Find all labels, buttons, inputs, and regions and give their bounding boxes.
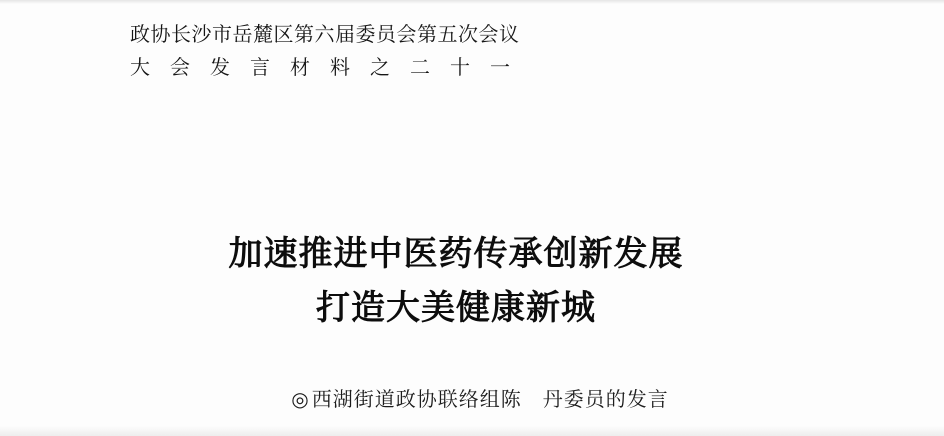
meeting-header: 政协长沙市岳麓区第六届委员会第五次会议 大会发言材料之二十一	[130, 22, 520, 81]
material-number: 大会发言材料之二十一	[130, 55, 520, 81]
title-line-1: 加速推进中医药传承创新发展	[0, 228, 912, 282]
byline: ◎西湖街道政协联络组陈 丹委员的发言	[0, 386, 944, 414]
document-title: 加速推进中医药传承创新发展 打造大美健康新城	[0, 228, 912, 336]
title-line-2: 打造大美健康新城	[0, 282, 912, 336]
double-circle-icon: ◎	[291, 386, 309, 414]
byline-text: 西湖街道政协联络组陈 丹委员的发言	[312, 389, 669, 411]
meeting-name: 政协长沙市岳麓区第六届委员会第五次会议	[130, 22, 520, 48]
document-page: 政协长沙市岳麓区第六届委员会第五次会议 大会发言材料之二十一 加速推进中医药传承…	[0, 0, 944, 436]
